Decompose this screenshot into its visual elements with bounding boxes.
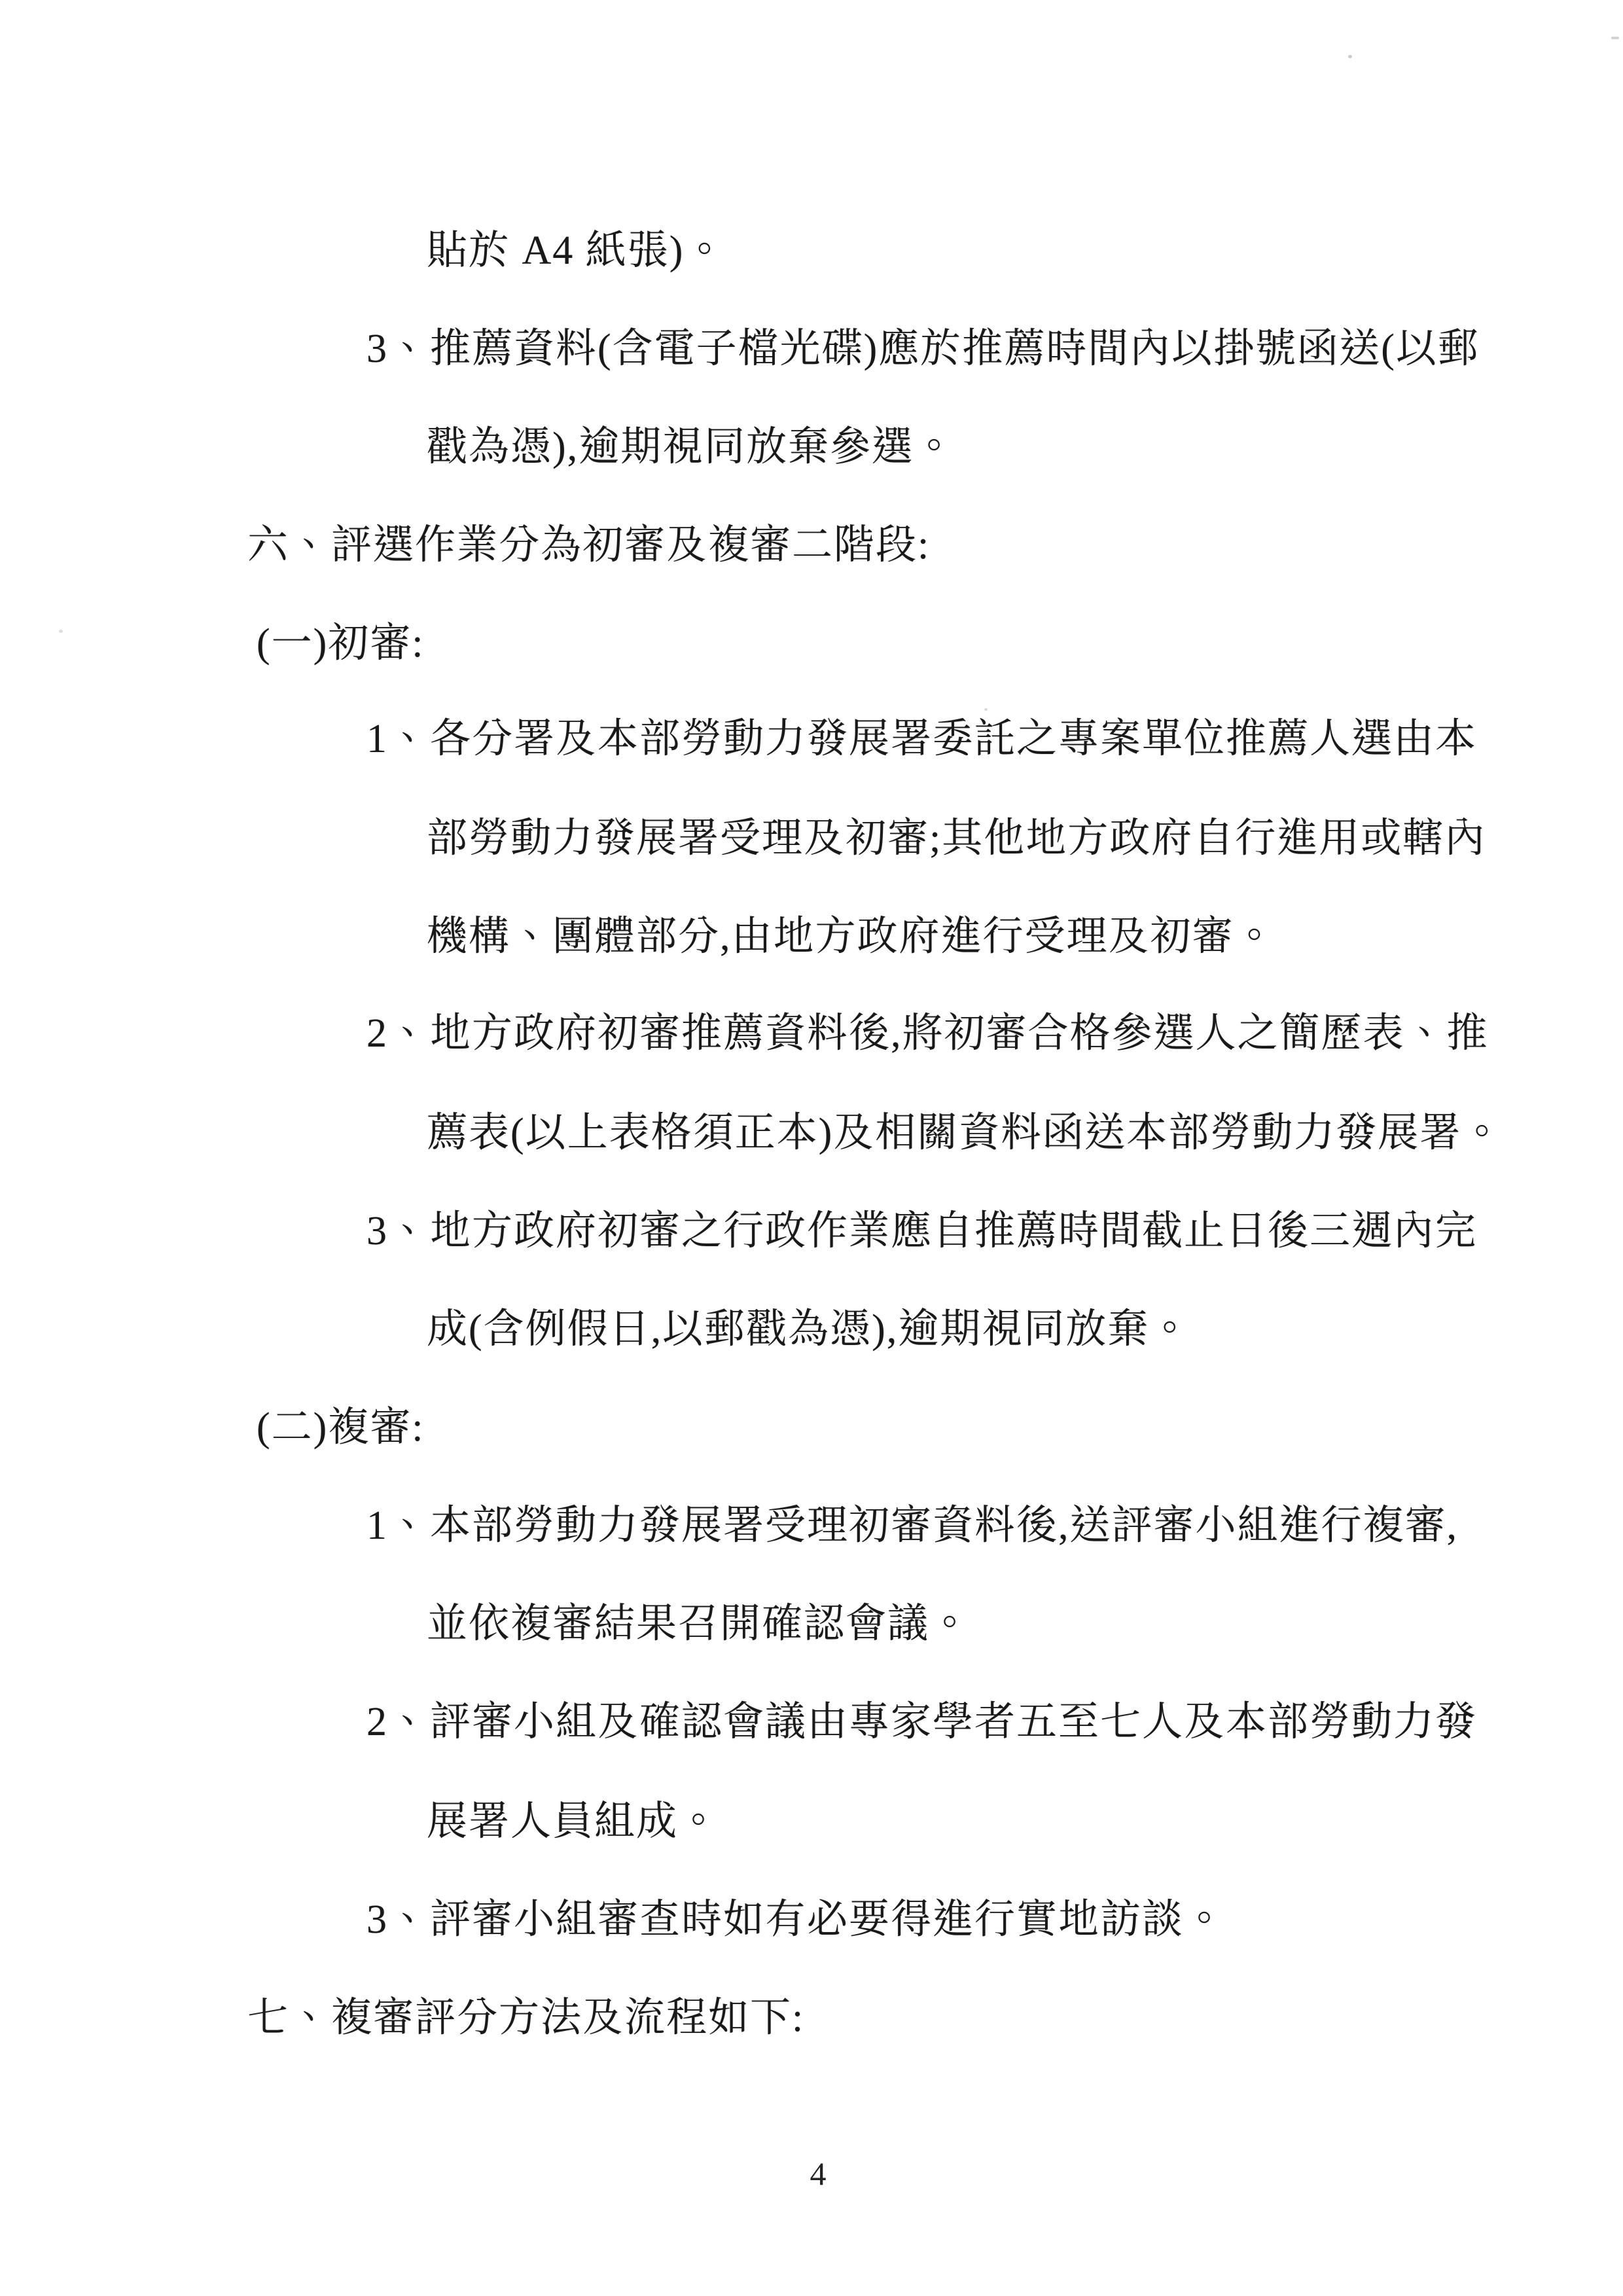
- doc-line: 3、評審小組審查時如有必要得進行實地訪談。: [366, 1899, 1226, 1940]
- doc-line: 貼於 A4 紙張)。: [427, 230, 726, 271]
- doc-line: 部勞動力發展署受理及初審;其他地方政府自行進用或轄內: [427, 818, 1486, 859]
- doc-section-heading: 七、複審評分方法及流程如下:: [247, 1998, 804, 2038]
- doc-subsection-heading: (一)初審:: [257, 623, 425, 664]
- doc-line: 1、各分署及本部勞動力發展署委託之專案單位推薦人選由本: [366, 719, 1477, 759]
- doc-line: 並依複審結果召開確認會議。: [427, 1604, 971, 1644]
- doc-line: 成(含例假日,以郵戳為憑),逾期視同放棄。: [427, 1309, 1191, 1350]
- doc-line: 展署人員組成。: [427, 1801, 720, 1842]
- doc-subsection-heading: (二)複審:: [257, 1407, 425, 1448]
- doc-section-heading: 六、評選作業分為初審及複審二階段:: [247, 525, 930, 565]
- doc-line: 1、本部勞動力發展署受理初審資料後,送評審小組進行複審,: [366, 1505, 1458, 1546]
- doc-line: 薦表(以上表格須正本)及相關資料函送本部勞動力發展署。: [427, 1113, 1503, 1153]
- doc-line: 2、評審小組及確認會議由專家學者五至七人及本部勞動力發: [366, 1702, 1477, 1742]
- scan-artifact: [1322, 360, 1325, 363]
- scan-artifact: [984, 708, 988, 711]
- scan-artifact: [59, 630, 63, 633]
- scan-artifact: [1611, 37, 1619, 39]
- doc-line: 機構、團體部分,由地方政府進行受理及初審。: [427, 916, 1276, 957]
- doc-line: 2、地方政府初審推薦資料後,將初審合格參選人之簡歷表、推: [366, 1013, 1489, 1054]
- scan-artifact: [1348, 55, 1352, 58]
- doc-line: 3、推薦資料(含電子檔光碟)應於推薦時間內以掛號函送(以郵: [366, 329, 1480, 369]
- doc-line: 3、地方政府初審之行政作業應自推薦時間截止日後三週內完: [366, 1211, 1477, 1251]
- page-number: 4: [766, 2157, 870, 2190]
- doc-line: 戳為憑),逾期視同放棄參選。: [427, 427, 955, 467]
- document-page: 貼於 A4 紙張)。 3、推薦資料(含電子檔光碟)應於推薦時間內以掛號函送(以郵…: [0, 0, 1623, 2296]
